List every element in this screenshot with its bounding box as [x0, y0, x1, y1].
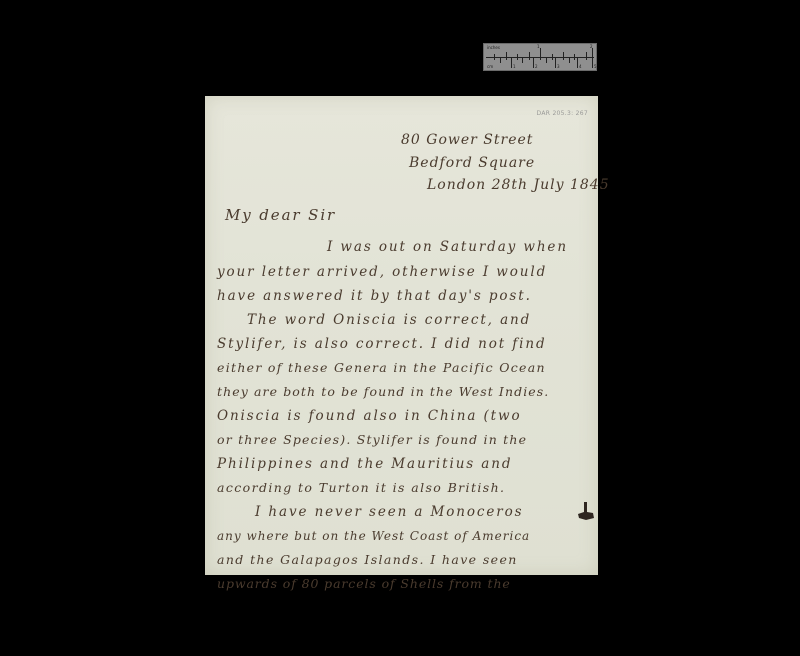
scale-cm-mark: 4 — [579, 64, 582, 69]
scale-tick — [529, 52, 530, 60]
scale-inch-mark: 1 — [537, 44, 540, 49]
body-line: any where but on the West Coast of Ameri… — [217, 530, 530, 542]
scale-tick — [522, 57, 523, 63]
body-line: they are both to be found in the West In… — [217, 386, 549, 399]
scale-tick — [574, 54, 575, 60]
body-line: The word Oniscia is correct, and — [247, 314, 531, 328]
measurement-scale-bar: inches cm 1 2 1 2 3 4 5 — [483, 43, 597, 71]
scale-tick — [494, 54, 495, 60]
scale-tick — [511, 57, 512, 68]
scale-inch-mark: 2 — [590, 44, 593, 49]
body-line: have answered it by that day's post. — [217, 290, 532, 304]
scale-tick — [540, 48, 541, 60]
body-line: Philippines and the Mauritius and — [217, 458, 512, 472]
scale-cm-mark: 3 — [557, 64, 560, 69]
body-line: according to Turton it is also British. — [217, 482, 505, 495]
scale-cm-mark: 1 — [513, 64, 516, 69]
scale-tick — [569, 57, 570, 63]
scale-tick — [577, 57, 578, 68]
body-line: either of these Genera in the Pacific Oc… — [217, 362, 546, 375]
ink-blot-mark — [577, 500, 595, 522]
body-line: I was out on Saturday when — [327, 241, 568, 255]
scale-cm-mark: 2 — [535, 64, 538, 69]
scale-tick — [555, 57, 556, 68]
body-line: upwards of 80 parcels of Shells from the — [217, 578, 511, 591]
body-line: Oniscia is found also in China (two — [217, 410, 521, 424]
scale-tick — [563, 52, 564, 60]
scale-cm-mark: 5 — [594, 64, 597, 69]
body-line: Stylifer, is also correct. I did not fin… — [217, 338, 546, 352]
scale-tick — [533, 57, 534, 68]
scale-cm-label: cm — [487, 64, 493, 69]
scale-tick — [552, 54, 553, 60]
address-line-2: Bedford Square — [409, 156, 535, 170]
body-line: and the Galapagos Islands. I have seen — [217, 554, 518, 567]
salutation: My dear Sir — [225, 208, 336, 223]
address-line-1: 80 Gower Street — [401, 133, 533, 147]
scale-tick — [586, 52, 587, 60]
scale-tick — [506, 52, 507, 60]
scale-tick — [592, 48, 593, 68]
catalog-reference: DAR 205.3: 267 — [537, 110, 588, 117]
address-line-3-date: London 28th July 1845 — [427, 178, 610, 192]
manuscript-letter-page: DAR 205.3: 267 80 Gower Street Bedford S… — [205, 96, 598, 575]
body-line: I have never seen a Monoceros — [255, 506, 523, 520]
scale-inches-label: inches — [487, 45, 500, 50]
body-line: or three Species). Stylifer is found in … — [217, 434, 527, 447]
scale-tick — [546, 57, 547, 63]
scale-tick — [500, 57, 501, 63]
scale-tick — [517, 54, 518, 60]
body-line: your letter arrived, otherwise I would — [217, 266, 547, 280]
